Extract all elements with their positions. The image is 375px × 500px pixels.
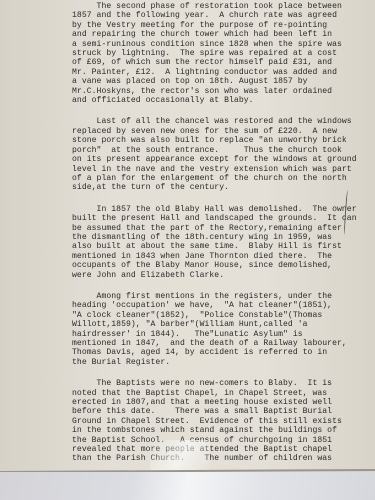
surface-below-page [0, 472, 375, 500]
text-line: the dismantling of the 18th.century wing… [72, 233, 344, 242]
text-line: Thomas Davis, aged 14, by accident is re… [72, 348, 344, 357]
text-line: mentioned in 1843 when Jane Thornton die… [72, 252, 344, 261]
text-line: Ground in Chapel Street. Evidence of thi… [72, 417, 344, 426]
text-line: "A clock cleaner"(1852), "Police Constab… [72, 311, 344, 320]
text-line: Last of all the chancel was restored and… [72, 117, 344, 126]
text-line: Mr. Painter, £12. A lightning conductor … [72, 68, 344, 77]
text-line: side,at the turn of the century. [72, 183, 344, 192]
text-line: level in the nave and the vestry extensi… [72, 165, 344, 174]
text-line: before this date. There was a small Bapt… [72, 407, 344, 416]
text-line: In 1857 the old Blaby Hall was demolishe… [72, 205, 344, 214]
text-line: were John and Elizabeth Clarke. [72, 271, 344, 280]
text-line: of £69, of which sum the rector himself … [72, 58, 344, 67]
text-line: built the present Hall and landscaped th… [72, 214, 344, 223]
text-line: occupants of the Blaby Manor House, sinc… [72, 261, 344, 270]
text-line: Mr.C.Hoskyns, the rector's son who was l… [72, 87, 344, 96]
text-line: 1857 and the following year. A church ra… [72, 11, 344, 20]
text-line: be assumed that the part of the Rectory,… [72, 224, 344, 233]
text-line: erected in 1807,and that a meeting house… [72, 398, 344, 407]
text-line: struck by lightning. The spire was repai… [72, 49, 344, 58]
text-line: a semi-runinous condition since 1828 whe… [72, 40, 344, 49]
typed-text-body: The second phase of restoration took pla… [72, 2, 344, 476]
text-line: by the Vestry meeting for the purpose of… [72, 21, 344, 30]
text-line: stone porch was also built to replace "a… [72, 136, 344, 145]
text-line: hairdresser' in 1844). The"Lunatic Asylu… [72, 330, 344, 339]
text-line: of a plan for the enlargement of the chu… [72, 174, 344, 183]
text-line: porch" at the south entrance. Thus the c… [72, 146, 344, 155]
text-line: and officiated occasionally at Blaby. [72, 96, 344, 105]
text-line: mentioned in 1847, and the death of a Ra… [72, 339, 344, 348]
text-line: Among first mentions in the registers, u… [72, 292, 344, 301]
text-line: The second phase of restoration took pla… [72, 2, 344, 11]
text-line: heading 'occupation' we have, "A hat cle… [72, 301, 344, 310]
text-line: Willott,1859), "A barber"(William Hunt,c… [72, 320, 344, 329]
text-line: the Burial Register. [72, 358, 344, 367]
paragraph-chancel: Last of all the chancel was restored and… [72, 117, 344, 192]
typed-page: The second phase of restoration took pla… [0, 0, 375, 473]
text-line: and repairing the church tower which had… [72, 30, 344, 39]
text-line: noted that the Baptist Chapel, in Chapel… [72, 389, 344, 398]
text-line: also built at about the same time. Blaby… [72, 242, 344, 251]
text-line: replaced by seven new ones for the sum o… [72, 127, 344, 136]
paragraph-blaby-hall: In 1857 the old Blaby Hall was demolishe… [72, 205, 344, 280]
text-line: in the tombstones which stand against th… [72, 426, 344, 435]
text-line: The Baptists were no new-comers to Blaby… [72, 379, 344, 388]
paragraph-registers: Among first mentions in the registers, u… [72, 292, 344, 367]
text-line: on its present appearance except for the… [72, 155, 344, 164]
paragraph-restoration-phase: The second phase of restoration took pla… [72, 2, 344, 105]
text-line: a vane was placed on top on 18th. August… [72, 77, 344, 86]
